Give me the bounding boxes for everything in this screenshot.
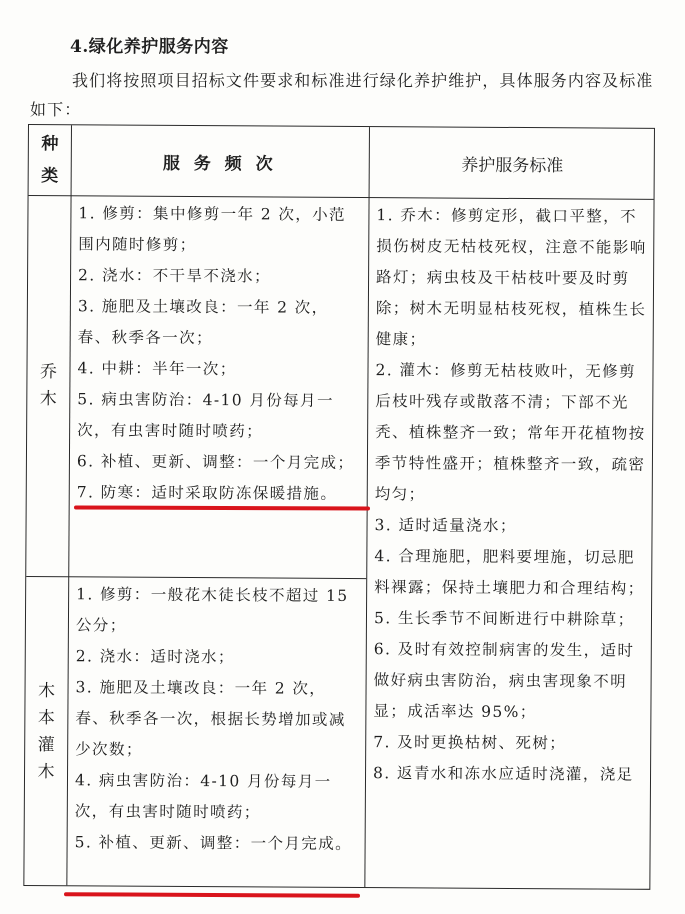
section-heading: 4.绿化养护服务内容: [70, 32, 229, 57]
standard-item: 2. 灌木：修剪无枯枝败叶，无修剪后枝叶残存或散落不清；下部不光秃、植株整齐一致…: [375, 355, 649, 512]
frequency-item: 1. 修剪：一般花木徒长枝不超过 15 公分；: [76, 579, 360, 643]
frequency-shrubs: 1. 修剪：一般花木徒长枝不超过 15 公分； 2. 浇水：适时浇水； 3. 施…: [67, 576, 367, 860]
standard-item: 7. 及时更换枯树、死树；: [373, 727, 646, 760]
frequency-item: 2. 浇水：适时浇水；: [76, 641, 360, 674]
standard-item: 6. 及时有效控制病害的发生，适时做好病虫害防治，病虫害现象不明显；成活率达 9…: [373, 634, 647, 729]
header-category: 种类: [29, 125, 71, 195]
header-standard: 养护服务标准: [369, 127, 656, 199]
frequency-trees: 1. 修剪：集中修剪一年 2 次，小范围内随时修剪； 2. 浇水：不干旱不浇水；…: [69, 195, 369, 510]
standard-item: 4. 合理施肥，肥料要埋施，切忌肥料裸露；保持土壤肥力和合理结构；: [374, 541, 647, 605]
frequency-item: 3. 施肥及土壤改良：一年 2 次，春、秋季各一次，根据长势增加或减少次数；: [75, 672, 360, 767]
frequency-item: 5. 病虫害防治：4-10 月份每月一次，有虫害时随时喷药；: [77, 384, 361, 448]
category-trees: 乔木: [26, 195, 70, 576]
standard-item: 5. 生长季节不间断进行中耕除草；: [374, 603, 647, 636]
intro-paragraph: 我们将按照项目招标文件要求和标准进行绿化养护维护，具体服务内容及标准如下：: [30, 66, 670, 124]
frequency-item-highlighted: 6. 补植、更新、调整：一个月完成；: [77, 446, 361, 479]
frequency-item-highlighted: 5. 补植、更新、调整：一个月完成。: [75, 827, 359, 860]
header-frequency: 服 务 频 次: [71, 125, 369, 197]
standard-item: 3. 适时适量浇水；: [374, 510, 647, 543]
standard-item: 8. 返青水和冻水应适时浇灌，浇足: [373, 758, 646, 791]
frequency-item: 4. 病虫害防治：4-10 月份每月一次，有虫害时随时喷药；: [75, 765, 359, 829]
maintenance-standards: 1. 乔木：修剪定形，截口平整，不损伤树皮无枯枝死杈，注意不能影响路灯；病虫枝及…: [365, 197, 656, 791]
frequency-item: 1. 修剪：集中修剪一年 2 次，小范围内随时修剪；: [78, 198, 362, 262]
frequency-item: 2. 浇水：不干旱不浇水；: [78, 260, 362, 293]
frequency-item: 4. 中耕：半年一次；: [77, 353, 361, 386]
category-shrubs: 木本灌木: [24, 576, 68, 887]
frequency-item: 3. 施肥及土壤改良：一年 2 次，春、秋季各一次；: [78, 291, 362, 355]
red-underline-annotation: [64, 892, 360, 898]
standard-item: 1. 乔木：修剪定形，截口平整，不损伤树皮无枯枝死杈，注意不能影响路灯；病虫枝及…: [376, 200, 650, 357]
